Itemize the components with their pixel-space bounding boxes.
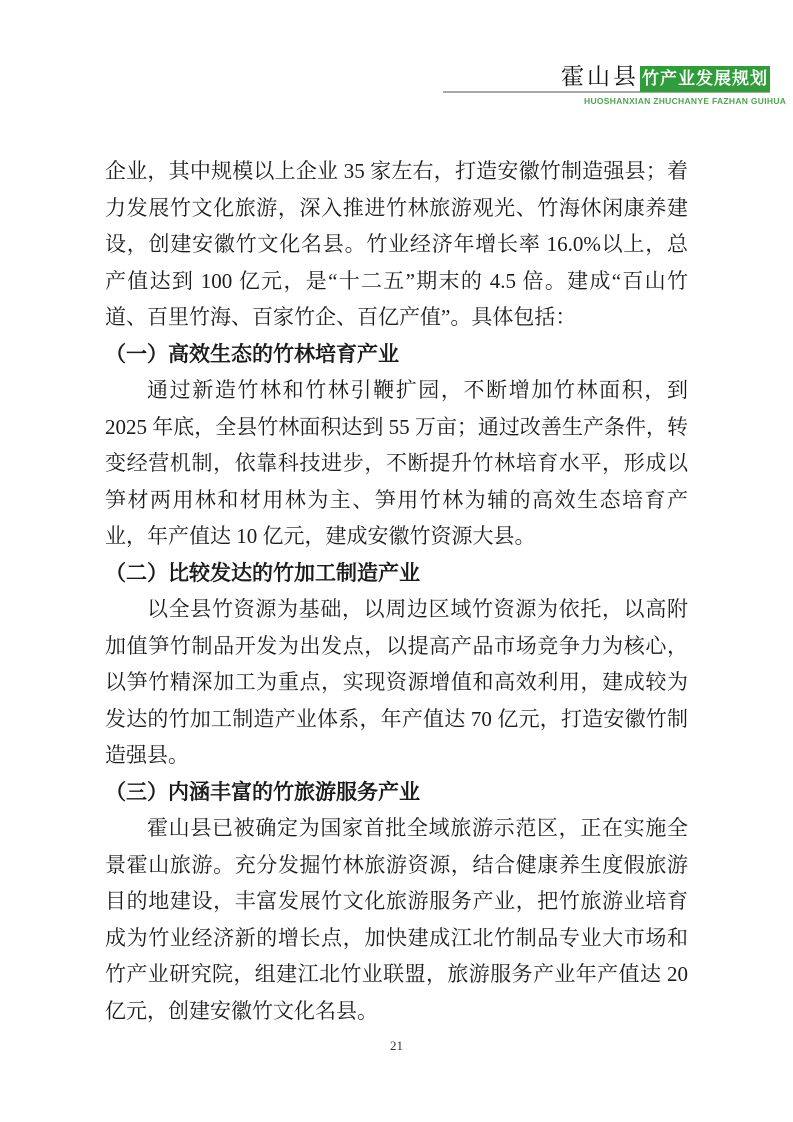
- document-body: 企业，其中规模以上企业 35 家左右，打造安徽竹制造强县；着力发展竹文化旅游，深…: [105, 153, 688, 1029]
- body-paragraph-section-3: 霍山县已被确定为国家首批全域旅游示范区，正在实施全景霍山旅游。充分发掘竹林旅游资…: [105, 810, 688, 1029]
- section-heading-3: （三）内涵丰富的竹旅游服务产业: [105, 774, 688, 811]
- header-plan-title-badge: 竹产业发展规划: [640, 66, 770, 92]
- body-paragraph-continued: 企业，其中规模以上企业 35 家左右，打造安徽竹制造强县；着力发展竹文化旅游，深…: [105, 153, 688, 336]
- page-number: 21: [0, 1038, 793, 1054]
- section-heading-2: （二）比较发达的竹加工制造产业: [105, 555, 688, 592]
- header-county-name: 霍山县: [561, 63, 639, 91]
- body-paragraph-section-2: 以全县竹资源为基础，以周边区域竹资源为依托，以高附加值笋竹制品开发为出发点，以提…: [105, 591, 688, 774]
- section-heading-1: （一）高效生态的竹林培育产业: [105, 336, 688, 373]
- body-paragraph-section-1: 通过新造竹林和竹林引鞭扩园，不断增加竹林面积，到 2025 年底，全县竹林面积达…: [105, 372, 688, 555]
- document-page: 霍山县 竹产业发展规划 HUOSHANXIAN ZHUCHANYE FAZHAN…: [0, 0, 793, 1122]
- header-pinyin-subtitle: HUOSHANXIAN ZHUCHANYE FAZHAN GUIHUA: [584, 96, 770, 106]
